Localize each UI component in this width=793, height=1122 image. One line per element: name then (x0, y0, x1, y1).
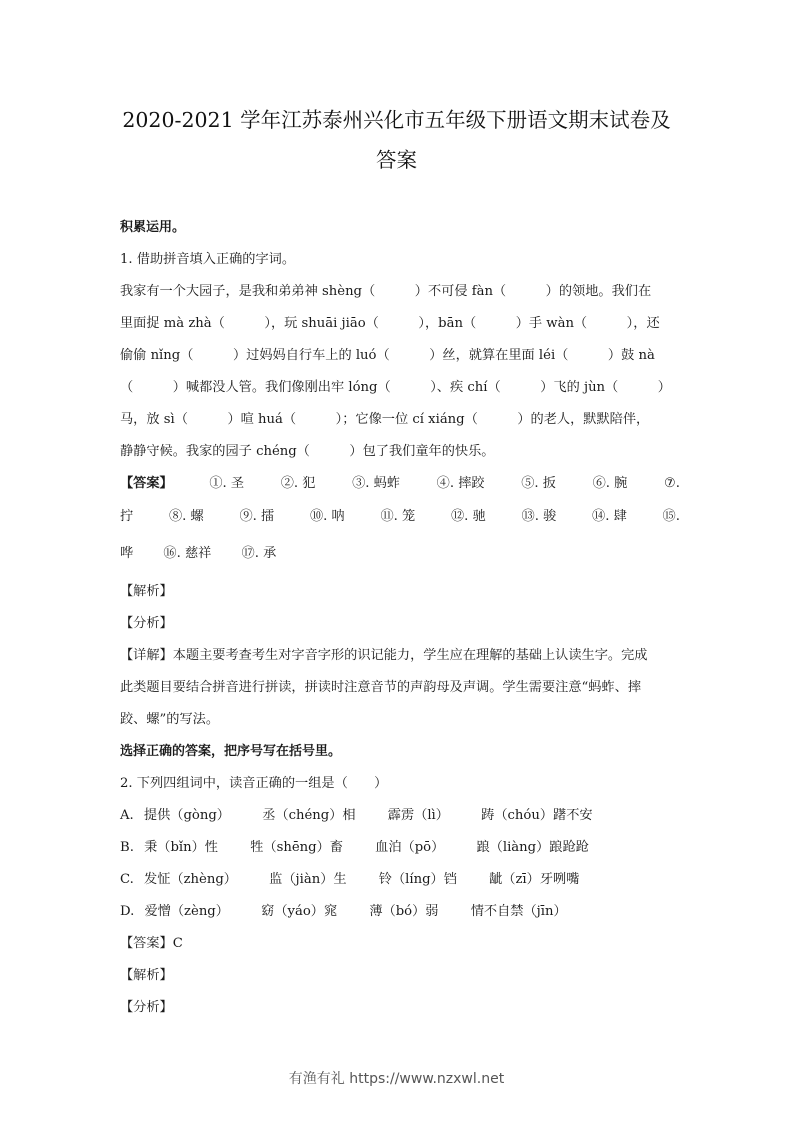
passage-line-3: 偷偷 nǐng（ ）过妈妈自行车上的 luó（ ）丝，就算在里面 léi（ ）鼓… (120, 346, 680, 366)
detail-line-2: 此类题目要结合拼音进行拼读，拼读时注意音节的声韵母及声调。学生需要注意“蚂蚱、摔 (120, 678, 680, 698)
option-a: A. 提供（gòng） 丞（chéng）相 霹雳（lì） 踌（chóu）躇不安 (120, 806, 680, 826)
option-label: C. (120, 870, 134, 890)
answer-item: ⑧. 螺 (169, 507, 204, 527)
section-heading-choice: 选择正确的答案，把序号写在括号里。 (120, 742, 680, 762)
answer-item: ⑤. 扳 (521, 474, 556, 494)
passage-line-6: 静静守候。我家的园子 chéng（ ）包了我们童年的快乐。 (120, 442, 680, 462)
detail-line-1: 【详解】本题主要考查考生对字音字形的识记能力，学生应在理解的基础上认读生字。完成 (120, 646, 680, 666)
option-label: A. (120, 806, 134, 826)
option-label: D. (120, 902, 134, 922)
option-item: 监（jiàn）生 (269, 870, 346, 890)
option-item: 龇（zī）牙咧嘴 (489, 870, 579, 890)
answer-item: ⑮. (663, 507, 680, 527)
question-2-prompt: 2. 下列四组词中，读音正确的一组是（ ） (120, 774, 680, 794)
option-item: 踉（liàng）踉跄跄 (477, 838, 589, 858)
document-title: 2020-2021 学年江苏泰州兴化市五年级下册语文期末试卷及 (60, 100, 733, 140)
option-item: 铃（líng）铛 (379, 870, 457, 890)
answer-line-3: 哗 ⑯. 慈祥 ⑰. 承 (120, 544, 680, 564)
analysis-label: 【解析】 (120, 966, 680, 986)
option-item: 提供（gòng） (144, 806, 230, 826)
answer-item: ③. 蚂蚱 (352, 474, 400, 494)
answer-item: ⑯. 慈祥 (163, 544, 211, 564)
option-item: 霹雳（lì） (388, 806, 449, 826)
answer-item: ⑭. 肆 (592, 507, 627, 527)
answer-item: 拧 (120, 507, 133, 527)
option-item: 发怔（zhèng） (144, 870, 237, 890)
answer-item: ⑥. 腕 (593, 474, 628, 494)
option-item: 血泊（pō） (375, 838, 444, 858)
answer-item: ⑩. 呐 (310, 507, 345, 527)
option-item: 踌（chóu）躇不安 (481, 806, 592, 826)
detail-line-3: 跤、螺”的写法。 (120, 710, 680, 730)
document-title-continued: 答案 (60, 140, 733, 180)
option-item: 秉（bǐn）性 (144, 838, 218, 858)
answer-item: ⑨. 擂 (239, 507, 274, 527)
option-item: 牲（shēng）畜 (250, 838, 343, 858)
option-d: D. 爱憎（zèng） 窈（yáo）窕 薄（bó）弱 情不自禁（jīn） (120, 902, 680, 922)
passage-line-1: 我家有一个大园子，是我和弟弟神 shèng（ ）不可侵 fàn（ ）的领地。我们… (120, 282, 680, 302)
option-c: C. 发怔（zhèng） 监（jiàn）生 铃（líng）铛 龇（zī）牙咧嘴 (120, 870, 680, 890)
answer-line-1: 【答案】 ①. 圣 ②. 犯 ③. 蚂蚱 ④. 摔跤 ⑤. 扳 ⑥. 腕 ⑦. (120, 474, 680, 494)
breakdown-label: 【分析】 (120, 998, 680, 1018)
passage-line-2: 里面捉 mà zhà（ ），玩 shuāi jiāo（ ），bān（ ）手 wà… (120, 314, 680, 334)
breakdown-label: 【分析】 (120, 614, 680, 634)
answer-item: ①. 圣 (209, 474, 244, 494)
answer-item: ⑦. (664, 474, 680, 494)
answer-label: 【答案】 (120, 474, 173, 494)
option-item: 薄（bó）弱 (369, 902, 438, 922)
analysis-label: 【解析】 (120, 582, 680, 602)
page-footer-watermark: 有渔有礼 https://www.nzxwl.net (0, 1068, 793, 1088)
option-item: 丞（chéng）相 (262, 806, 355, 826)
answer-item: ⑫. 驰 (451, 507, 486, 527)
option-label: B. (120, 838, 134, 858)
question-1-prompt: 1. 借助拼音填入正确的字词。 (120, 250, 680, 270)
option-b: B. 秉（bǐn）性 牲（shēng）畜 血泊（pō） 踉（liàng）踉跄跄 (120, 838, 680, 858)
passage-line-4: （ ）喊都没人管。我们像刚出牢 lóng（ ）、疾 chí（ ）飞的 jùn（ … (120, 378, 680, 398)
answer-line-2: 拧 ⑧. 螺 ⑨. 擂 ⑩. 呐 ⑪. 笼 ⑫. 驰 ⑬. 骏 ⑭. 肆 ⑮. (120, 507, 680, 527)
option-item: 窈（yáo）窕 (261, 902, 337, 922)
answer-item: ②. 犯 (281, 474, 316, 494)
answer-item: ④. 摔跤 (437, 474, 485, 494)
answer-item: ⑬. 骏 (522, 507, 557, 527)
document-page: 2020-2021 学年江苏泰州兴化市五年级下册语文期末试卷及 答案 积累运用。… (0, 0, 793, 1122)
option-item: 情不自禁（jīn） (471, 902, 567, 922)
answer-item: ⑰. 承 (242, 544, 277, 564)
passage-line-5: 马，放 sì（ ）喧 huá（ ）；它像一位 cí xiáng（ ）的老人，默默… (120, 410, 680, 430)
option-item: 爱憎（zèng） (145, 902, 229, 922)
question-2-answer: 【答案】C (120, 934, 680, 954)
answer-item: ⑪. 笼 (380, 507, 415, 527)
section-heading-accumulation: 积累运用。 (120, 218, 680, 238)
answer-item: 哗 (120, 544, 133, 564)
